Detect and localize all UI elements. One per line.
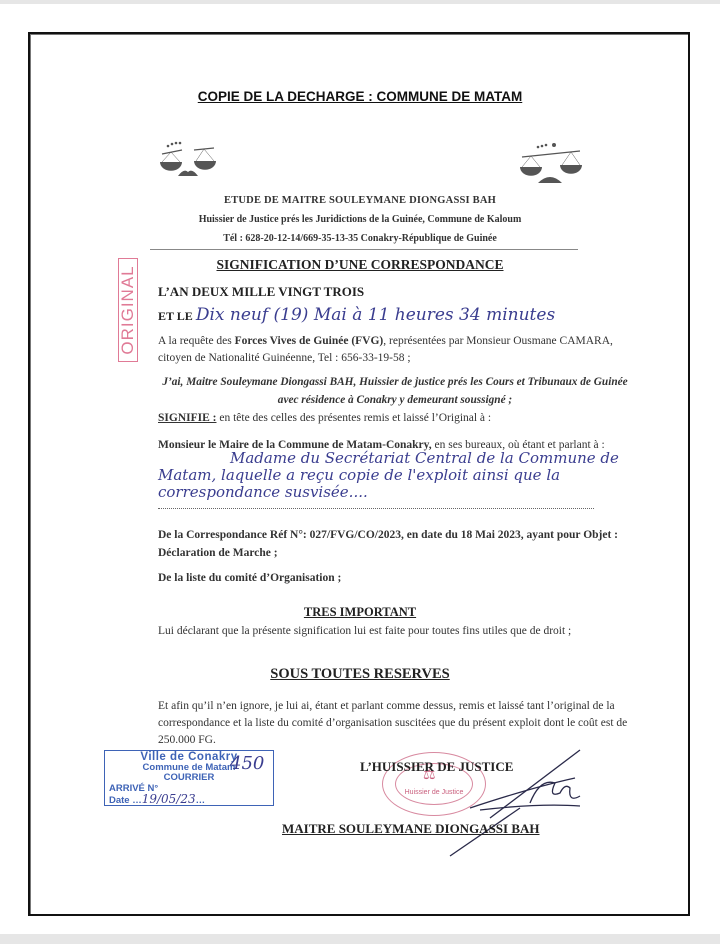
requete-paragraph: A la requête des Forces Vives de Guinée … (158, 333, 628, 367)
tres-important-heading: TRES IMPORTANT (0, 605, 720, 620)
handwritten-signature (430, 748, 590, 858)
et-afin-paragraph: Et afin qu’il n’en ignore, je lui ai, ét… (158, 698, 628, 749)
letterhead-name: ETUDE DE MAITRE SOULEYMANE DIONGASSI BAH (0, 195, 720, 206)
dotted-line (158, 507, 594, 509)
requete-org: Forces Vives de Guinée (FVG) (235, 335, 384, 347)
signification-title: SIGNIFICATION D’UNE CORRESPONDANCE (0, 257, 720, 273)
year-line: L’AN DEUX MILLE VINGT TROIS (158, 284, 364, 300)
requete-prefix: A la requête des (158, 335, 235, 347)
date-line: ET LE Dix neuf (19) Mai à 11 heures 34 m… (158, 305, 555, 325)
document-title: COPIE DE LA DECHARGE : COMMUNE DE MATAM (0, 89, 720, 104)
liste-line: De la liste du comité d’Organisation ; (158, 570, 341, 587)
letterhead-divider (150, 249, 578, 250)
viewer-bottom-bar (0, 934, 720, 944)
signifie-text: en tête des celles des présentes remis e… (216, 412, 491, 424)
courrier-stamp-date-row: Date …19/05/23… (109, 794, 269, 807)
courrier-stamp-label: COURRIER (109, 773, 269, 784)
date-prefix: ET LE (158, 309, 193, 323)
courrier-stamp: Ville de Conakry Commune de Matam COURRI… (104, 750, 274, 806)
letterhead-contact: Tél : 628-20-12-14/669-35-13-35 Conakry-… (0, 233, 720, 244)
handwritten-recipient: Madame du Secrétariat Central de la Comm… (158, 450, 638, 501)
handwritten-date: Dix neuf (19) Mai à 11 heures 34 minutes (196, 305, 555, 325)
handwritten-recipient-text: Madame du Secrétariat Central de la Comm… (158, 449, 619, 501)
jai-paragraph: J’ai, Maitre Souleymane Diongassi BAH, H… (155, 373, 635, 409)
original-stamp-text: ORIGINAL (118, 265, 138, 354)
courrier-stamp-date-label: Date (109, 795, 130, 806)
sous-toutes-reserves-heading: SOUS TOUTES RESERVES (0, 666, 720, 683)
reference-paragraph: De la Correspondance Réf N°: 027/FVG/CO/… (158, 526, 638, 562)
lui-declarant-paragraph: Lui déclarant que la présente significat… (158, 623, 628, 640)
scales-of-justice-icon (156, 128, 222, 178)
scales-of-justice-icon (518, 135, 584, 185)
courrier-stamp-number: 450 (230, 759, 264, 770)
letterhead-title: Huissier de Justice prés les Juridiction… (0, 214, 720, 225)
courrier-stamp-date-value: 19/05/23 (142, 792, 196, 806)
signifie-line: SIGNIFIE : en tête des celles des présen… (158, 410, 491, 427)
viewer-top-bar (0, 0, 720, 4)
signifie-label: SIGNIFIE : (158, 412, 216, 424)
original-stamp: ORIGINAL (118, 258, 138, 362)
maitre-signature-name: MAITRE SOULEYMANE DIONGASSI BAH (282, 821, 540, 837)
